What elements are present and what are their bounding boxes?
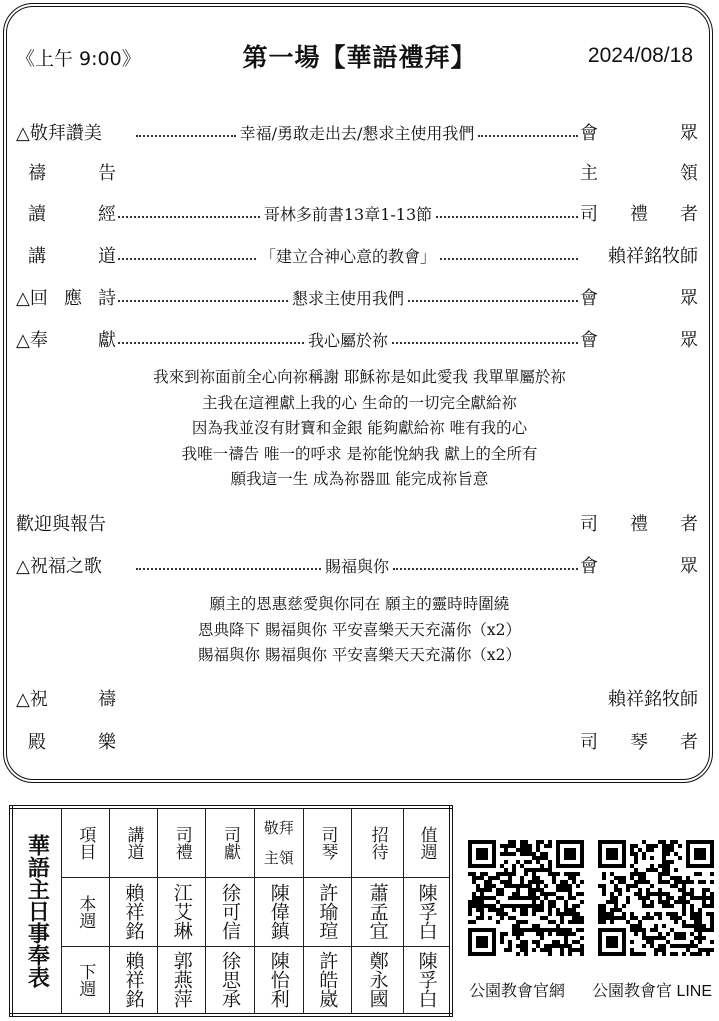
- order-item-char: 歡迎與報告: [16, 510, 106, 536]
- next-week-name-cell: 徐思承: [206, 946, 254, 1015]
- schedule-column-header: 司獻: [215, 826, 245, 860]
- this-week-name: 江艾琳: [172, 883, 192, 940]
- next-week-name: 陳孚白: [417, 951, 437, 1008]
- order-item-char: 應: [64, 284, 82, 310]
- next-week-label: 下週: [68, 963, 102, 997]
- leader-text: 者: [680, 728, 698, 754]
- line-qr-code-icon[interactable]: [598, 840, 714, 956]
- leader-dots: 賜福與你: [134, 554, 580, 577]
- schedule-column-header-cell: 敬拜主領: [254, 807, 303, 877]
- order-item-char: 禱: [28, 159, 46, 185]
- leader-text: 者: [680, 510, 698, 536]
- next-week-name: 許皓崴: [317, 951, 337, 1008]
- order-item-content: 哥林多前書13章1-13節: [262, 202, 434, 225]
- leader-dots: [116, 740, 580, 742]
- next-week-name: 郭燕萍: [172, 951, 192, 1008]
- order-item-label: 禱告: [16, 159, 116, 185]
- leader-dots: [116, 171, 580, 173]
- leader-text: 主: [580, 159, 598, 185]
- lyric-line: 願主的恩惠慈愛與你同在 願主的靈時時圍繞: [0, 592, 719, 618]
- order-item-char: △奉: [16, 326, 48, 352]
- leader-text: 司: [580, 510, 598, 536]
- line-qr-label: 公園教會官 LINE: [592, 978, 712, 1001]
- next-week-name-cell: 郭燕萍: [158, 946, 206, 1015]
- item-label-cell: 項目: [61, 807, 109, 877]
- this-week-name: 陳偉鎮: [269, 883, 289, 940]
- order-item-leader: 賴祥銘牧師: [580, 242, 698, 268]
- order-item-leader: 會眾: [580, 552, 698, 578]
- schedule-column-header-cell: 司獻: [206, 807, 254, 877]
- order-item-leader: 賴祥銘牧師: [580, 685, 698, 711]
- order-item-char: 禱: [98, 685, 116, 711]
- schedule-column-header: 司琴: [312, 826, 342, 860]
- schedule-column-header: 招待: [363, 826, 393, 860]
- leader-text: 禮: [630, 200, 648, 226]
- next-week-name-cell: 鄭永國: [352, 946, 404, 1015]
- service-date: 2024/08/18: [588, 44, 693, 68]
- leader-text: 禮: [630, 510, 648, 536]
- schedule-column-header-cell: 值週: [404, 807, 451, 877]
- order-item-char: △祝: [16, 685, 48, 711]
- order-item-char: △敬拜讚美: [16, 119, 102, 145]
- schedule-column-header-cell: 司禮: [158, 807, 206, 877]
- order-item-label: △敬拜讚美: [16, 119, 134, 145]
- schedule-column-header-cell: 招待: [352, 807, 404, 877]
- order-row: 讀經哥林多前書13章1-13節司禮者: [16, 198, 698, 228]
- order-item-char: 樂: [98, 728, 116, 754]
- next-week-name-cell: 賴祥銘: [109, 946, 157, 1015]
- next-week-name: 陳怡利: [269, 951, 289, 1008]
- this-week-label-cell: 本週: [61, 877, 109, 946]
- order-item-label: △祝福之歌: [16, 552, 134, 578]
- next-week-name-cell: 許皓崴: [303, 946, 351, 1015]
- order-row: 禱告主領: [16, 157, 698, 187]
- order-item-char: 詩: [98, 284, 116, 310]
- this-week-name-cell: 徐可信: [206, 877, 254, 946]
- schedule-column-header: 值週: [412, 826, 442, 860]
- this-week-name: 許瑜瑄: [317, 883, 337, 940]
- next-week-name-cell: 陳怡利: [254, 946, 303, 1015]
- order-item-label: 讀經: [16, 200, 116, 226]
- leader-text: 眾: [680, 326, 698, 352]
- schedule-title: 華語主日事奉表: [11, 807, 61, 1015]
- order-item-char: 獻: [98, 326, 116, 352]
- order-row: △回應詩懇求主使用我們會眾: [16, 282, 698, 312]
- website-qr-code-icon[interactable]: [468, 840, 584, 956]
- order-item-char: 讀: [28, 200, 46, 226]
- blessing-lyrics: 願主的恩惠慈愛與你同在 願主的靈時時圍繞恩典降下 賜福與你 平安喜樂天天充滿你（…: [0, 592, 719, 669]
- order-item-content: 幸福/勇敢走出去/懇求主使用我們: [238, 121, 477, 144]
- next-week-name: 賴祥銘: [124, 951, 144, 1008]
- order-row: △奉獻我心屬於祢會眾: [16, 324, 698, 354]
- this-week-name-cell: 許瑜瑄: [303, 877, 351, 946]
- order-item-char: 講: [28, 242, 46, 268]
- lyric-line: 恩典降下 賜福與你 平安喜樂天天充滿你（x2）: [0, 618, 719, 644]
- leader-dots: 懇求主使用我們: [116, 286, 580, 309]
- leader-text: 會: [580, 552, 598, 578]
- order-item-content: 懇求主使用我們: [290, 286, 406, 309]
- order-row: 講道「建立合神心意的教會」賴祥銘牧師: [16, 240, 698, 270]
- next-week-name-cell: 陳孚白: [404, 946, 451, 1015]
- order-row: △祝禱賴祥銘牧師: [16, 683, 698, 713]
- leader-dots: [141, 522, 580, 524]
- order-row: △敬拜讚美幸福/勇敢走出去/懇求主使用我們會眾: [16, 117, 698, 147]
- order-item-label: △奉獻: [16, 326, 116, 352]
- lyric-line: 我來到祢面前全心向祢稱謝 耶穌祢是如此愛我 我單單屬於祢: [0, 365, 719, 391]
- this-week-name: 賴祥銘: [124, 883, 144, 940]
- leader-text: 司: [580, 200, 598, 226]
- service-schedule-table: 華語主日事奉表 項目 講道司禮司獻敬拜主領司琴招待值週 本週 賴祥銘江艾琳徐可信…: [9, 805, 453, 1017]
- leader-text: 賴祥銘牧師: [608, 685, 698, 711]
- next-week-name: 鄭永國: [368, 951, 388, 1008]
- this-week-name: 蕭孟宜: [368, 883, 388, 940]
- this-week-name-cell: 賴祥銘: [109, 877, 157, 946]
- leader-dots: 幸福/勇敢走出去/懇求主使用我們: [134, 121, 580, 144]
- leader-dots: [116, 697, 580, 699]
- this-week-name-cell: 江艾琳: [158, 877, 206, 946]
- order-item-char: 殿: [28, 728, 46, 754]
- lyric-line: 我唯一禱告 唯一的呼求 是祢能悅納我 獻上的全所有: [0, 442, 719, 468]
- leader-text: 者: [680, 200, 698, 226]
- leader-text: 琴: [630, 728, 648, 754]
- leader-text: 司: [580, 728, 598, 754]
- order-row: 殿樂司琴者: [16, 726, 698, 756]
- this-week-name-cell: 陳偉鎮: [254, 877, 303, 946]
- order-item-label: 講道: [16, 242, 116, 268]
- schedule-column-header: 司禮: [167, 826, 197, 860]
- schedule-column-header: 講道: [119, 826, 149, 860]
- order-item-content: 「建立合神心意的教會」: [258, 244, 438, 267]
- order-item-content: 賜福與你: [323, 554, 391, 577]
- leader-text: 會: [580, 284, 598, 310]
- order-item-leader: 司禮者: [580, 200, 698, 226]
- order-item-leader: 司琴者: [580, 728, 698, 754]
- schedule-column-header-cell: 講道: [109, 807, 157, 877]
- schedule-column-header-cell: 司琴: [303, 807, 351, 877]
- leader-dots: 我心屬於祢: [116, 328, 580, 351]
- leader-dots: 哥林多前書13章1-13節: [116, 202, 580, 225]
- leader-text: 眾: [680, 552, 698, 578]
- order-item-char: △回: [16, 284, 48, 310]
- next-week-name: 徐思承: [220, 951, 240, 1008]
- this-week-name-cell: 蕭孟宜: [352, 877, 404, 946]
- leader-text: 會: [580, 326, 598, 352]
- next-week-label-cell: 下週: [61, 946, 109, 1015]
- item-label: 項目: [70, 826, 100, 860]
- order-item-label: △祝禱: [16, 685, 116, 711]
- this-week-label: 本週: [68, 895, 102, 929]
- order-item-leader: 會眾: [580, 326, 698, 352]
- this-week-name: 徐可信: [220, 883, 240, 940]
- order-item-char: 告: [98, 159, 116, 185]
- order-item-leader: 會眾: [580, 284, 698, 310]
- lyric-line: 因為我並沒有財寶和金銀 能夠獻給祢 唯有我的心: [0, 416, 719, 442]
- schedule-title-text: 華語主日事奉表: [22, 834, 51, 988]
- order-item-char: 經: [98, 200, 116, 226]
- lyric-line: 賜福與你 賜福與你 平安喜樂天天充滿你（x2）: [0, 643, 719, 669]
- order-item-label: 殿樂: [16, 728, 116, 754]
- leader-dots: 「建立合神心意的教會」: [116, 244, 580, 267]
- leader-text: 領: [680, 159, 698, 185]
- leader-text: 眾: [680, 119, 698, 145]
- leader-text: 眾: [680, 284, 698, 310]
- order-row: 歡迎與報告司禮者: [16, 508, 698, 538]
- order-item-char: 道: [98, 242, 116, 268]
- order-item-label: △回應詩: [16, 284, 116, 310]
- order-item-leader: 司禮者: [580, 510, 698, 536]
- leader-text: 賴祥銘牧師: [608, 242, 698, 268]
- order-item-char: △祝福之歌: [16, 552, 102, 578]
- lyric-line: 願我這一生 成為祢器皿 能完成祢旨意: [0, 467, 719, 493]
- leader-text: 會: [580, 119, 598, 145]
- order-item-leader: 主領: [580, 159, 698, 185]
- website-qr-label: 公園教會官網: [469, 978, 565, 1001]
- schedule-column-header: 敬拜主領: [257, 813, 301, 873]
- this-week-name: 陳孚白: [417, 883, 437, 940]
- order-item-content: 我心屬於祢: [306, 328, 390, 351]
- lyric-line: 主我在這裡獻上我的心 生命的一切完全獻給祢: [0, 391, 719, 417]
- order-item-leader: 會眾: [580, 119, 698, 145]
- this-week-name-cell: 陳孚白: [404, 877, 451, 946]
- order-row: △祝福之歌賜福與你會眾: [16, 550, 698, 580]
- order-item-label: 歡迎與報告: [16, 510, 141, 536]
- offering-lyrics: 我來到祢面前全心向祢稱謝 耶穌祢是如此愛我 我單單屬於祢主我在這裡獻上我的心 生…: [0, 365, 719, 493]
